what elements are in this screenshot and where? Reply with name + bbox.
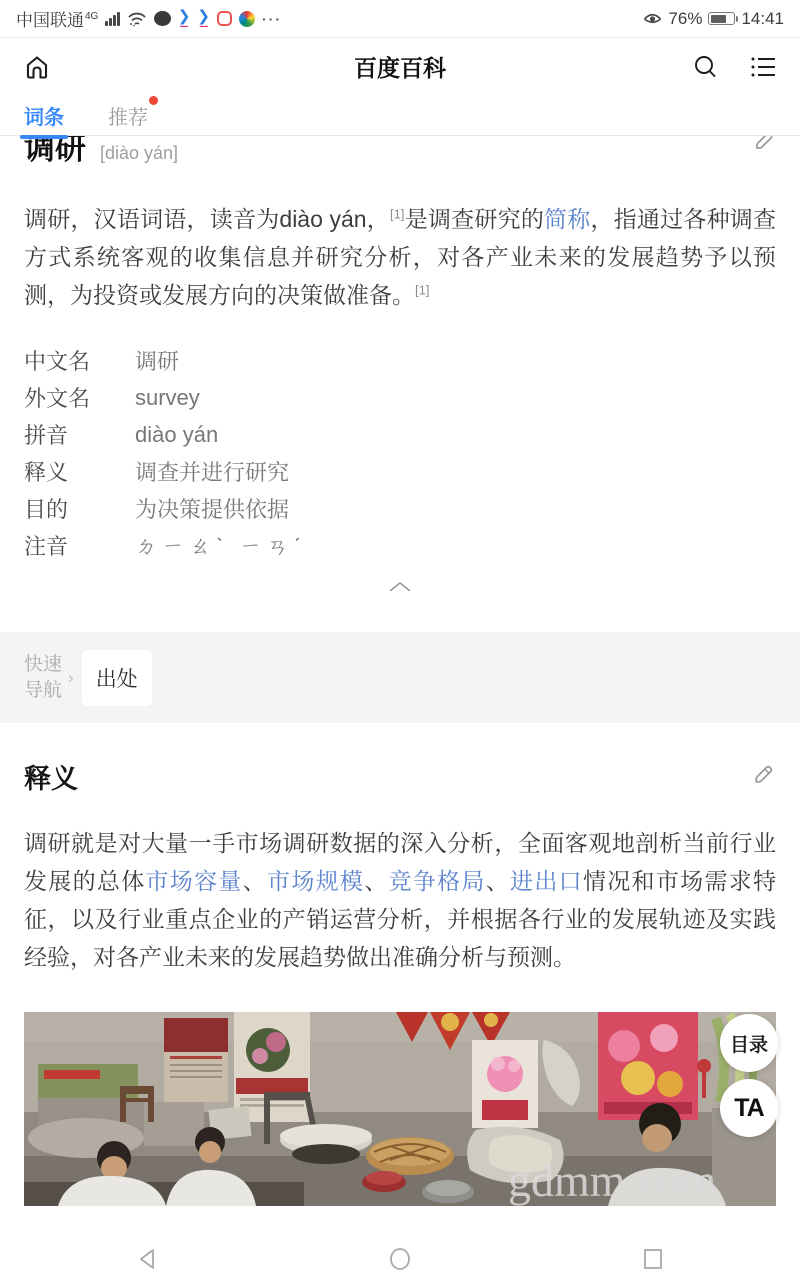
eye-protection-icon <box>643 12 662 26</box>
article-image[interactable]: gdmm.com <box>24 1012 776 1206</box>
arrow-app-notification-icon-2: ❯▬▬ <box>197 9 210 27</box>
reference-link[interactable]: [1] <box>390 206 404 221</box>
intro-text: 是调查研究的 <box>405 206 545 232</box>
infobox-value: diào yán <box>135 422 218 448</box>
separator: 、 <box>486 868 510 894</box>
pencil-icon <box>752 136 776 153</box>
collapse-infobox-control[interactable] <box>0 564 800 610</box>
menu-button[interactable] <box>748 52 778 82</box>
edit-section-button[interactable] <box>751 762 776 792</box>
edit-entry-button[interactable] <box>752 136 776 158</box>
tab-bar: 词条 推荐 <box>0 95 800 136</box>
section-title: 释义 <box>24 757 78 796</box>
tab-recommend[interactable]: 推荐 <box>108 101 148 130</box>
active-tab-underline <box>20 135 68 139</box>
pencil-icon <box>751 762 776 787</box>
entry-pinyin: [diào yán] <box>100 143 178 164</box>
recents-button[interactable] <box>643 1248 663 1270</box>
infobox-row: 外文名survey <box>24 379 776 416</box>
home-button[interactable] <box>22 52 52 82</box>
reference-link[interactable]: [1] <box>415 282 429 297</box>
separator: 、 <box>243 868 267 894</box>
page-title: 百度百科 <box>0 50 800 83</box>
infobox-label: 外文名 <box>24 382 135 413</box>
search-button[interactable] <box>690 52 720 82</box>
entry-title-row: 调研 [diào yán] <box>0 136 800 170</box>
baike-app-screen: 中国联通4G ❯▬▬ ❯▬▬ ··· 76% 14:41 <box>0 0 800 1280</box>
intro-text: 调研，汉语词语，读音为diào yán， <box>24 206 390 232</box>
inline-link-competitive-landscape[interactable]: 竞争格局 <box>389 868 486 894</box>
back-button[interactable] <box>137 1248 157 1270</box>
app-header: 百度百科 <box>0 38 800 95</box>
section-header: 释义 <box>0 723 800 796</box>
image-watermark: gdmm.com <box>508 1155 716 1206</box>
infobox-value: ㄉㄧㄠˋ ㄧㄢˊ <box>135 530 306 561</box>
infobox-label: 拼音 <box>24 419 135 450</box>
infobox-value: 调查并进行研究 <box>135 456 289 487</box>
toc-floating-button[interactable]: 目录 <box>720 1014 778 1072</box>
notification-dot <box>149 96 158 105</box>
infobox-label: 中文名 <box>24 345 135 376</box>
infobox-value: survey <box>135 385 200 411</box>
entry-title: 调研 <box>24 136 86 168</box>
red-app-notification-icon <box>217 11 232 26</box>
infobox-row: 中文名调研 <box>24 342 776 379</box>
inline-link-import-export[interactable]: 进出口 <box>510 868 583 894</box>
android-nav-bar <box>0 1237 800 1280</box>
infobox-label: 注音 <box>24 530 135 561</box>
battery-icon <box>708 12 735 25</box>
carrier-label: 中国联通4G <box>16 6 98 31</box>
infobox-label: 释义 <box>24 456 135 487</box>
quick-nav-item-chuchu[interactable]: 出处 <box>82 650 152 706</box>
infobox-value: 为决策提供依据 <box>135 493 289 524</box>
battery-percent-label: 76% <box>668 9 702 29</box>
infobox-row: 拼音diào yán <box>24 416 776 453</box>
infobox-row: 释义调查并进行研究 <box>24 453 776 490</box>
separator: 、 <box>364 868 388 894</box>
home-nav-button[interactable] <box>389 1248 411 1270</box>
intro-paragraph: 调研，汉语词语，读音为diào yán，[1]是调查研究的简称，指通过各种调查方… <box>24 200 776 314</box>
chat-notification-icon <box>154 11 171 26</box>
infobox-value: 调研 <box>135 345 179 376</box>
more-notifications-icon: ··· <box>262 11 282 27</box>
quick-nav-label: 快速 导航 <box>24 652 62 704</box>
section-paragraph: 调研就是对大量一手市场调研数据的深入分析，全面客观地剖析当前行业发展的总体市场容… <box>24 824 776 976</box>
arrow-app-notification-icon: ❯▬▬ <box>178 9 191 27</box>
infobox-label: 目的 <box>24 493 135 524</box>
inline-link-jiancheng[interactable]: 简称 <box>544 206 590 232</box>
infobox-row: 目的为决策提供依据 <box>24 490 776 527</box>
clock-label: 14:41 <box>741 9 784 29</box>
inline-link-market-capacity[interactable]: 市场容量 <box>146 868 243 894</box>
inline-link-market-size[interactable]: 市场规模 <box>267 868 364 894</box>
wifi-icon <box>127 11 147 27</box>
search-icon <box>692 54 718 80</box>
signal-strength-icon <box>105 12 120 26</box>
network-type-label: 4G <box>85 11 98 22</box>
browser-app-notification-icon <box>239 11 255 27</box>
quick-nav-band: 快速 导航 › 出处 <box>0 632 800 723</box>
chevron-up-icon <box>387 580 413 594</box>
home-icon <box>23 53 51 81</box>
list-menu-icon <box>750 55 776 79</box>
infobox-row: 注音ㄉㄧㄠˋ ㄧㄢˊ <box>24 527 776 564</box>
tab-entry[interactable]: 词条 <box>24 101 64 130</box>
ta-floating-button[interactable]: TA <box>720 1079 778 1137</box>
chevron-right-icon: › <box>68 668 74 688</box>
status-bar: 中国联通4G ❯▬▬ ❯▬▬ ··· 76% 14:41 <box>0 0 800 38</box>
infobox: 中文名调研 外文名survey 拼音diào yán 释义调查并进行研究 目的为… <box>24 342 776 564</box>
